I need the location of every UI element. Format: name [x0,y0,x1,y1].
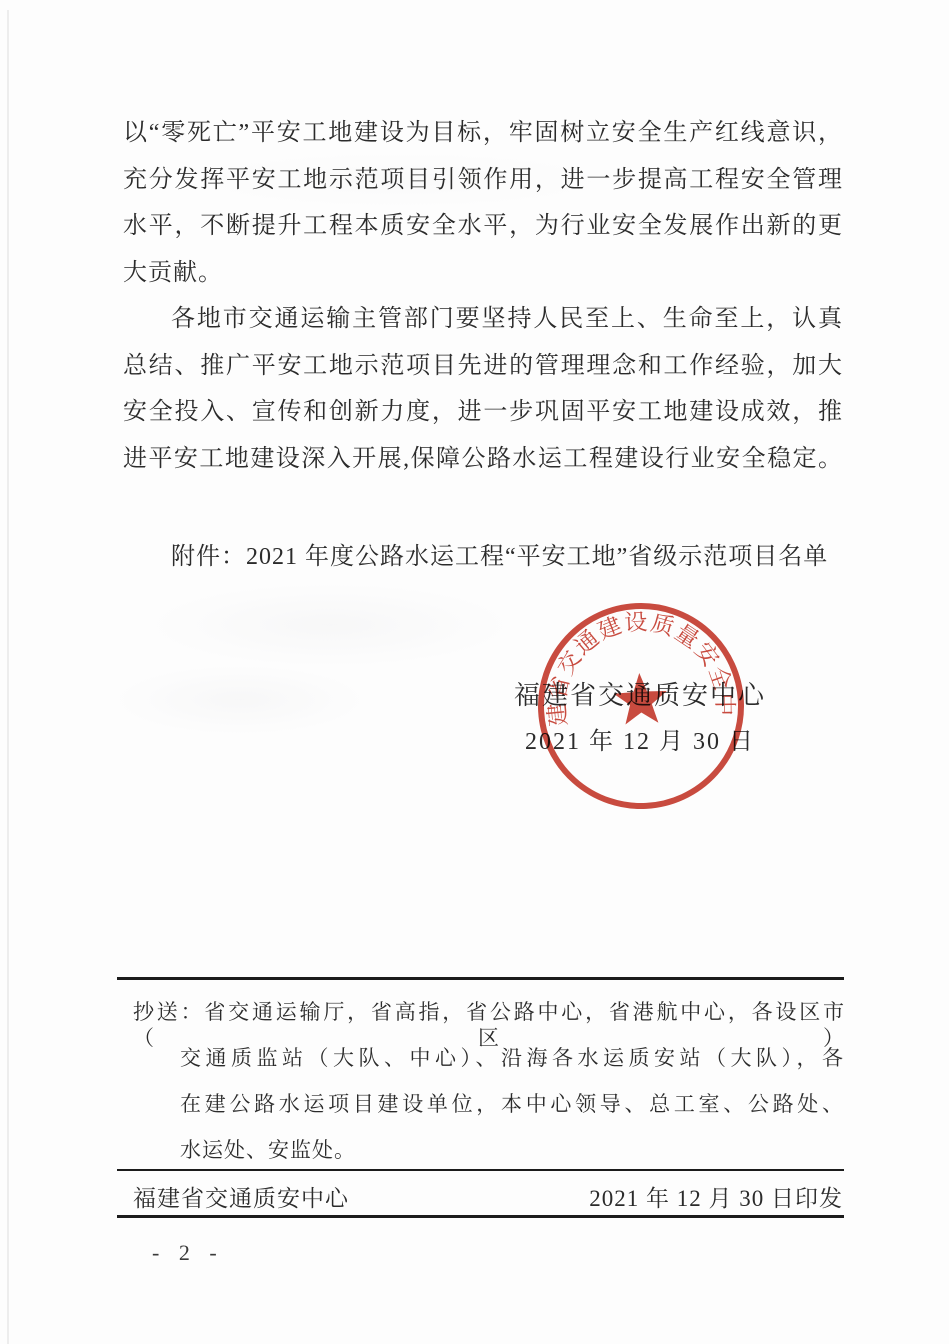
body-text-line: 安全投入、宣传和创新力度，进一步巩固平安工地建设成效，推 [123,389,843,436]
cc-line: 在建公路水运项目建设单位，本中心领导、总工室、公路处、 [180,1091,844,1117]
footer-rule-top [117,977,844,980]
footer-rule-bottom [117,1215,844,1218]
body-text-line: 大贡献。 [123,250,843,297]
body-paragraph-1: 以“零死亡”平安工地建设为目标，牢固树立安全生产红线意识， 充分发挥平安工地示范… [123,110,843,296]
document-page: 以“零死亡”平安工地建设为目标，牢固树立安全生产红线意识， 充分发挥平安工地示范… [0,0,949,1344]
body-text-line: 总结、推广平安工地示范项目先进的管理理念和工作经验，加大 [123,343,843,390]
issuer-row: 福建省交通质安中心 2021 年 12 月 30 日印发 [133,1180,843,1213]
body-text-line: 以“零死亡”平安工地建设为目标，牢固树立安全生产红线意识， [123,110,843,157]
attachment-section: 附件：2021 年度公路水运工程“平安工地”省级示范项目名单 [123,534,843,581]
footer-rule-middle [117,1169,844,1171]
attachment-line: 附件：2021 年度公路水运工程“平安工地”省级示范项目名单 [123,534,843,581]
body-paragraph-2: 各地市交通运输主管部门要坚持人民至上、生命至上，认真 总结、推广平安工地示范项目… [123,296,843,482]
page-number: - 2 - [152,1240,224,1266]
cc-line: 水运处、安监处。 [180,1137,844,1163]
scan-edge-artifact [7,10,9,1344]
cc-line: 交通质监站（大队、中心）、沿海各水运质安站（大队），各 [180,1045,844,1071]
issuer-org: 福建省交通质安中心 [133,1180,349,1213]
star-icon [613,672,669,725]
body-text-line: 充分发挥平安工地示范项目引领作用，进一步提高工程安全管理 [123,157,843,204]
cc-line: 抄送：省交通运输厅，省高指，省公路中心，省港航中心，各设区市（区） [133,999,845,1051]
body-text-line: 进平安工地建设深入开展,保障公路水运工程建设行业安全稳定。 [123,436,843,483]
print-date: 2021 年 12 月 30 日印发 [589,1180,843,1213]
body-text-line: 水平，不断提升工程本质安全水平，为行业安全发展作出新的更 [123,203,843,250]
body-text-line: 各地市交通运输主管部门要坚持人民至上、生命至上，认真 [123,296,843,343]
official-seal: 福建省交通建设质量安全中心 [525,590,756,821]
